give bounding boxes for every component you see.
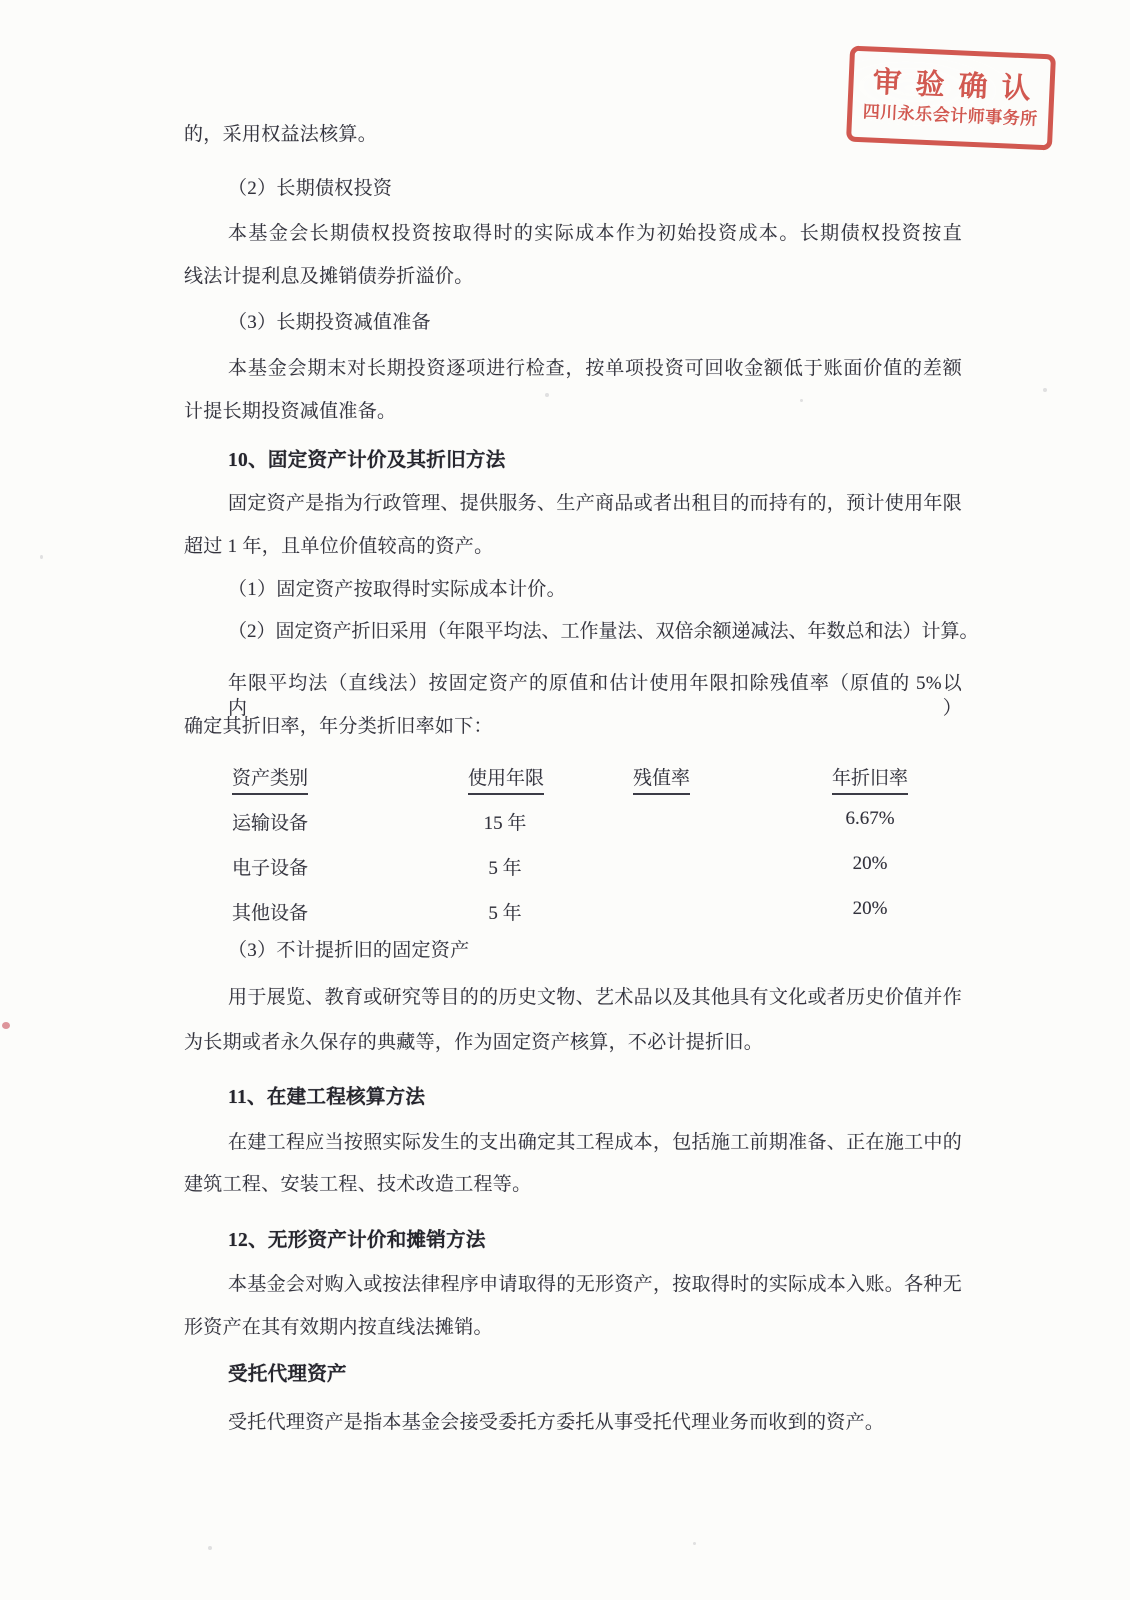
- scan-speck: [800, 399, 803, 402]
- doc-line: （1）固定资产按取得时实际成本计价。: [228, 577, 566, 602]
- doc-line: 为长期或者永久保存的典藏等，作为固定资产核算，不必计提折旧。: [184, 1030, 763, 1055]
- doc-line: 超过 1 年，且单位价值较高的资产。: [184, 534, 493, 559]
- table-cell-rate: 6.67%: [820, 808, 920, 830]
- table-cell-rate: 20%: [820, 853, 920, 875]
- doc-line: 本基金会长期债权投资按取得时的实际成本作为初始投资成本。长期债权投资按直: [228, 221, 962, 246]
- scan-speck: [40, 555, 43, 559]
- table-cell-life: 5 年: [455, 898, 555, 925]
- audit-stamp: 审验确认 四川永乐会计师事务所: [846, 46, 1056, 151]
- table-header-residual-rate: 残值率: [633, 763, 690, 795]
- heading-intangible-assets: 12、无形资产计价和摊销方法: [228, 1228, 486, 1253]
- heading-construction-in-progress: 11、在建工程核算方法: [228, 1085, 425, 1110]
- doc-line: 固定资产是指为行政管理、提供服务、生产商品或者出租目的而持有的，预计使用年限: [228, 491, 962, 516]
- doc-line: 本基金会期末对长期投资逐项进行检查，按单项投资可回收金额低于账面价值的差额: [228, 356, 962, 381]
- table-header-asset-category: 资产类别: [232, 763, 308, 795]
- scan-speck: [693, 1542, 696, 1545]
- doc-line: 线法计提利息及摊销债券折溢价。: [184, 264, 474, 289]
- doc-line: 形资产在其有效期内按直线法摊销。: [184, 1315, 493, 1340]
- doc-line: 受托代理资产是指本基金会接受委托方委托从事受托代理业务而收到的资产。: [228, 1410, 884, 1435]
- document-page: 审验确认 四川永乐会计师事务所 的，采用权益法核算。 （2）长期债权投资 本基金…: [0, 0, 1130, 1600]
- table-cell-life: 15 年: [455, 808, 555, 835]
- table-header-useful-life: 使用年限: [468, 763, 544, 795]
- doc-subheading-long-term-debt: （2）长期债权投资: [228, 176, 392, 201]
- table-cell-life: 5 年: [455, 853, 555, 880]
- doc-line: 在建工程应当按照实际发生的支出确定其工程成本，包括施工前期准备、正在施工中的: [228, 1130, 962, 1155]
- doc-line: 的，采用权益法核算。: [184, 122, 377, 147]
- scan-speck: [208, 1546, 212, 1550]
- scan-speck: [545, 393, 549, 397]
- doc-line: 计提长期投资减值准备。: [184, 399, 396, 424]
- scan-speck: [2, 1022, 10, 1029]
- doc-line: （2）固定资产折旧采用（年限平均法、工作量法、双倍余额递减法、年数总和法）计算。: [228, 619, 979, 644]
- scan-speck: [1043, 388, 1047, 392]
- table-cell-rate: 20%: [820, 898, 920, 920]
- doc-subheading-impairment: （3）长期投资减值准备: [228, 310, 431, 335]
- doc-line: 建筑工程、安装工程、技术改造工程等。: [184, 1172, 531, 1197]
- heading-fixed-assets: 10、固定资产计价及其折旧方法: [228, 448, 506, 473]
- heading-entrusted-agency-assets: 受托代理资产: [228, 1362, 347, 1387]
- doc-subheading-no-depreciation: （3）不计提折旧的固定资产: [228, 938, 469, 963]
- table-cell-category: 其他设备: [232, 898, 308, 925]
- doc-line: 确定其折旧率，年分类折旧率如下：: [184, 714, 493, 739]
- doc-line: 用于展览、教育或研究等目的的历史文物、艺术品以及其他具有文化或者历史价值并作: [228, 985, 962, 1010]
- doc-line: 本基金会对购入或按法律程序申请取得的无形资产，按取得时的实际成本入账。各种无: [228, 1272, 962, 1297]
- table-cell-category: 运输设备: [232, 808, 308, 835]
- table-cell-category: 电子设备: [232, 853, 308, 880]
- table-header-annual-depreciation-rate: 年折旧率: [832, 763, 908, 795]
